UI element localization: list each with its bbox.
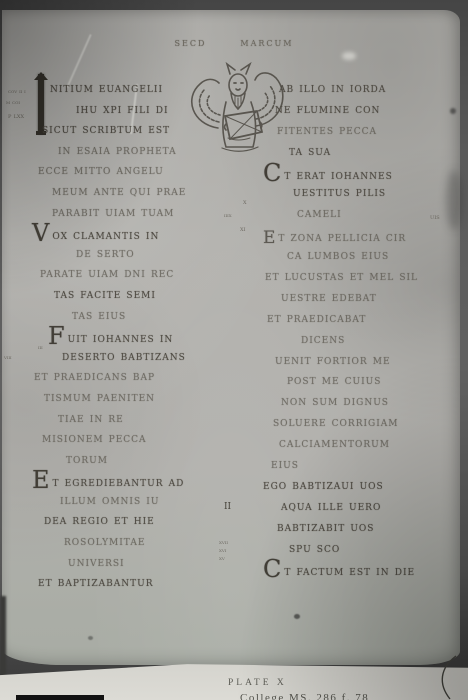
manuscript-line-text: tiae in re <box>58 411 124 426</box>
manuscript-line-text: t egrediebantur ad <box>53 475 185 490</box>
manuscript-line-text: et baptizabantur <box>38 575 154 590</box>
manuscript-line-text: ne flumine con <box>275 102 380 117</box>
manuscript-line: misionem pecca <box>32 429 228 450</box>
manuscript-line-text: cameli <box>297 206 342 221</box>
margin-annotation: xv <box>219 555 225 562</box>
manuscript-line: et praedicans bap <box>32 367 228 388</box>
manuscript-line: universi <box>32 553 228 574</box>
manuscript-line-text: et praedicabat <box>267 311 366 326</box>
manuscript-line-text: fitentes pecca <box>277 123 377 138</box>
manuscript-line: soluere corrigiam <box>263 413 459 434</box>
manuscript-line: tiae in re <box>32 409 228 430</box>
manuscript-line: uenit fortior me <box>263 351 459 372</box>
manuscript-line: de serto <box>32 244 228 265</box>
manuscript-line: fitentes pecca <box>263 121 459 142</box>
manuscript-line: uestre edebat <box>263 288 459 309</box>
manuscript-line: parabit uiam tuam <box>32 203 228 224</box>
plate-caption: PLATE X <box>228 678 287 688</box>
manuscript-line-text: t zona pellicia cir <box>278 230 406 245</box>
margin-annotation: x <box>243 198 247 206</box>
manuscript-line-text: meum ante qui prae <box>52 184 186 199</box>
manuscript-line: rosolymitae <box>32 532 228 553</box>
left-text-column: nitium euangeliiihu xpi fili disicut scr… <box>32 79 228 594</box>
manuscript-line: ne flumine con <box>263 100 459 121</box>
manuscript-line: ego babtizaui uos <box>263 476 459 497</box>
manuscript-line-text: universi <box>68 555 125 570</box>
manuscript-line: et lucustas et mel sil <box>263 267 459 288</box>
manuscript-line: eius <box>263 455 459 476</box>
manuscript-line: parate uiam dni rec <box>32 264 228 285</box>
manuscript-line: babtizabit uos <box>263 518 459 539</box>
manuscript-line: ecce mitto angelu <box>32 161 228 182</box>
manuscript-line: et praedicabat <box>263 309 459 330</box>
decorated-initial: C <box>263 555 282 583</box>
manuscript-line-text: deserto babtizans <box>62 349 186 364</box>
manuscript-line: dea regio et hie <box>32 511 228 532</box>
manuscript-line: torum <box>32 450 228 471</box>
manuscript-line: post me cuius <box>263 371 459 392</box>
manuscript-line: Vox clamantis in <box>32 223 228 244</box>
manuscript-line-text: tismum paeniten <box>44 390 155 405</box>
manuscript-line-text: ego babtizaui uos <box>263 478 384 493</box>
manuscript-line: sicut scribtum est <box>32 120 228 141</box>
right-text-column: ab illo in iordane flumine confitentes p… <box>263 79 459 580</box>
manuscript-line-text: dicens <box>301 332 345 347</box>
manuscript-line-text: uestre edebat <box>281 290 377 305</box>
manuscript-line: deserto babtizans <box>32 347 228 368</box>
manuscript-line: Fuit iohannes in <box>32 326 228 347</box>
manuscript-line: uestitus pilis <box>263 183 459 204</box>
manuscript-line-text: ecce mitto angelu <box>38 163 164 178</box>
manuscript-photo: secdmarcum <box>0 0 468 700</box>
margin-annotation: iiix <box>224 212 232 219</box>
margin-annotation: xi <box>240 225 246 233</box>
margin-annotation: xvi <box>219 547 226 554</box>
decorated-initial: e <box>263 221 276 249</box>
manuscript-line: ab illo in iorda <box>263 79 459 100</box>
manuscript-line-text: eius <box>271 457 299 472</box>
manuscript-line: et baptizabantur <box>32 573 228 594</box>
margin-annotation: ii <box>224 498 231 513</box>
manuscript-line-text: soluere corrigiam <box>273 415 399 430</box>
manuscript-line-text: torum <box>66 452 108 467</box>
manuscript-line-text: ox clamantis in <box>52 228 159 243</box>
margin-annotation: p lxx <box>8 112 24 120</box>
margin-annotation: xvii <box>219 539 228 546</box>
margin-annotation: iii <box>38 344 43 351</box>
manuscript-line: dicens <box>263 330 459 351</box>
manuscript-line: aqua ille uero <box>263 497 459 518</box>
running-title-right: marcum <box>240 36 293 49</box>
manuscript-line-text: nitium euangelii <box>50 81 163 96</box>
manuscript-line: ihu xpi fili di <box>32 100 228 121</box>
manuscript-line: tas facite semi <box>32 285 228 306</box>
manuscript-line-text: rosolymitae <box>64 534 145 549</box>
manuscript-line: meum ante qui prae <box>32 182 228 203</box>
manuscript-line: ca lumbos eius <box>263 246 459 267</box>
manuscript-line-text: et praedicans bap <box>34 369 155 384</box>
manuscript-line-text: babtizabit uos <box>277 520 374 535</box>
manuscript-line-text: dea regio et hie <box>44 513 155 528</box>
manuscript-line: calciamentorum <box>263 434 459 455</box>
manuscript-line-text: spu sco <box>289 541 340 556</box>
manuscript-line: tismum paeniten <box>32 388 228 409</box>
manuscript-line-text: uestitus pilis <box>293 185 386 200</box>
manuscript-line-text: parate uiam dni rec <box>40 266 174 281</box>
manuscript-line-text: parabit uiam tuam <box>52 205 174 220</box>
manuscript-line-text: ab illo in iorda <box>279 81 386 96</box>
manuscript-line: nitium euangelii <box>32 79 228 100</box>
manuscript-line-text: sicut scribtum est <box>42 122 170 137</box>
decorated-initial: C <box>263 159 282 187</box>
manuscript-line: ta sua <box>263 142 459 163</box>
manuscript-line-text: aqua ille uero <box>281 499 381 514</box>
photo-edge-bar <box>16 695 104 700</box>
manuscript-line: non sum dignus <box>263 392 459 413</box>
margin-annotation: viii <box>4 354 12 361</box>
manuscript-line: in esaia propheta <box>32 141 228 162</box>
manuscript-line-text: t erat iohannes <box>284 168 392 183</box>
manuscript-line-text: misionem pecca <box>42 431 147 446</box>
manuscript-line-text: post me cuius <box>287 373 381 388</box>
plate-subcaption: College MS. 286 f. 78 <box>240 692 369 700</box>
manuscript-line-text: uenit fortior me <box>275 353 391 368</box>
manuscript-line-text: in esaia propheta <box>58 143 177 158</box>
manuscript-line-text: ta sua <box>289 144 331 159</box>
margin-annotation: m coi <box>6 99 20 106</box>
margin-annotation: cov ii i <box>8 88 26 95</box>
margin-annotation: uis <box>430 213 440 221</box>
manuscript-line: illum omnis iu <box>32 491 228 512</box>
manuscript-line-text: calciamentorum <box>279 436 390 451</box>
manuscript-line-text: tas facite semi <box>54 287 156 302</box>
manuscript-line-text: illum omnis iu <box>60 493 159 508</box>
manuscript-line-text: uit iohannes in <box>68 331 174 346</box>
manuscript-line-text: t factum est in die <box>284 564 415 579</box>
running-title-left: secd <box>175 36 207 49</box>
manuscript-line-text: de serto <box>76 246 135 261</box>
manuscript-line-text: et lucustas et mel sil <box>265 269 418 284</box>
manuscript-line: Et egrediebantur ad <box>32 470 228 491</box>
manuscript-line-text: ca lumbos eius <box>287 248 389 263</box>
manuscript-line: spu sco <box>263 539 459 560</box>
manuscript-line: Ct erat iohannes <box>263 163 459 184</box>
manuscript-line-text: ihu xpi fili di <box>76 102 169 117</box>
crease-mark <box>434 654 460 700</box>
manuscript-line-text: non sum dignus <box>281 394 389 409</box>
running-title: secdmarcum <box>0 36 468 49</box>
manuscript-line: Ct factum est in die <box>263 559 459 580</box>
manuscript-line: et zona pellicia cir <box>263 225 459 246</box>
manuscript-line-text: tas eius <box>72 308 126 323</box>
